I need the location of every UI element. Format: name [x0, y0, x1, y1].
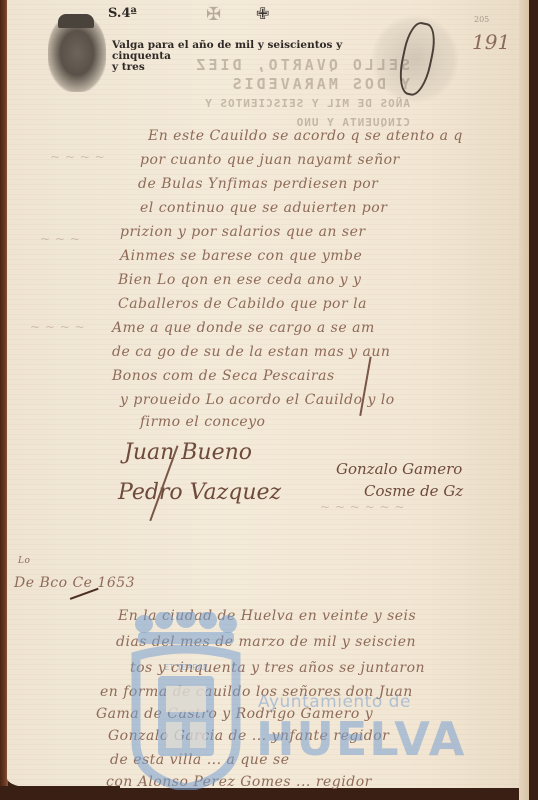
faint-cross-icon: ✠: [206, 4, 221, 25]
sheet-number: S.4ª: [108, 6, 137, 21]
manuscript-line: Caballeros de Cabildo que por la: [118, 296, 367, 312]
folio-small-mark: 205: [474, 15, 489, 24]
bleed-through-stamp: SELLO QVARTO, DIEZ Y DOS MARAVEDIS AÑOS …: [130, 56, 410, 132]
shield-motto: ET TERRAE: [164, 663, 208, 672]
margin-note-superscript: Lo: [18, 556, 30, 566]
bleed-line: AÑOS DE MIL Y SEISCIENTOS Y CINQUENTA Y …: [130, 94, 410, 132]
signature: Pedro Vazquez: [118, 480, 281, 505]
crown-icon: [58, 14, 94, 28]
page-corner-shadow: [0, 786, 120, 800]
manuscript-line: prizion y por salarios que an ser: [120, 224, 366, 240]
page-edge: [519, 0, 529, 800]
manuscript-line: firmo el conceyo: [140, 414, 265, 430]
bleed-line: SELLO QVARTO, DIEZ: [130, 56, 410, 75]
folio-number: 191: [472, 30, 510, 54]
manuscript-line: de Bulas Ynfimas perdiesen por: [138, 176, 378, 192]
manuscript-line: Bien Lo qon en ese ceda ano y y: [118, 272, 361, 288]
manuscript-line: el continuo que se aduierten por: [140, 200, 387, 216]
manuscript-line: En este Cauildo se acordo q se atento a …: [148, 128, 463, 144]
watermark-subtitle: Ayuntamiento de: [258, 692, 411, 712]
manuscript-line: Ainmes se barese con que ymbe: [120, 248, 362, 264]
manuscript-line: por cuanto que juan nayamt señor: [140, 152, 400, 168]
signature: Juan Bueno: [124, 440, 252, 465]
manuscript-line: de ca go de su de la estan mas y aun: [112, 344, 390, 360]
bleed-line: Y DOS MARAVEDIS: [130, 75, 410, 94]
huelva-shield-icon: ET TERRAE: [130, 612, 242, 790]
jerusalem-cross-icon: ✙: [256, 4, 269, 23]
manuscript-line: Bonos com de Seca Pescairas: [112, 368, 335, 384]
signature: Cosme de Gz: [364, 482, 463, 500]
margin-note: De Bco Ce 1653: [14, 575, 135, 591]
manuscript-line: Ame a que donde se cargo a se am: [112, 320, 375, 336]
watermark-title: HUELVA: [256, 712, 466, 766]
manuscript-line: y proueido Lo acordo el Cauildo y lo: [120, 392, 395, 408]
signature: Gonzalo Gamero: [336, 460, 462, 478]
